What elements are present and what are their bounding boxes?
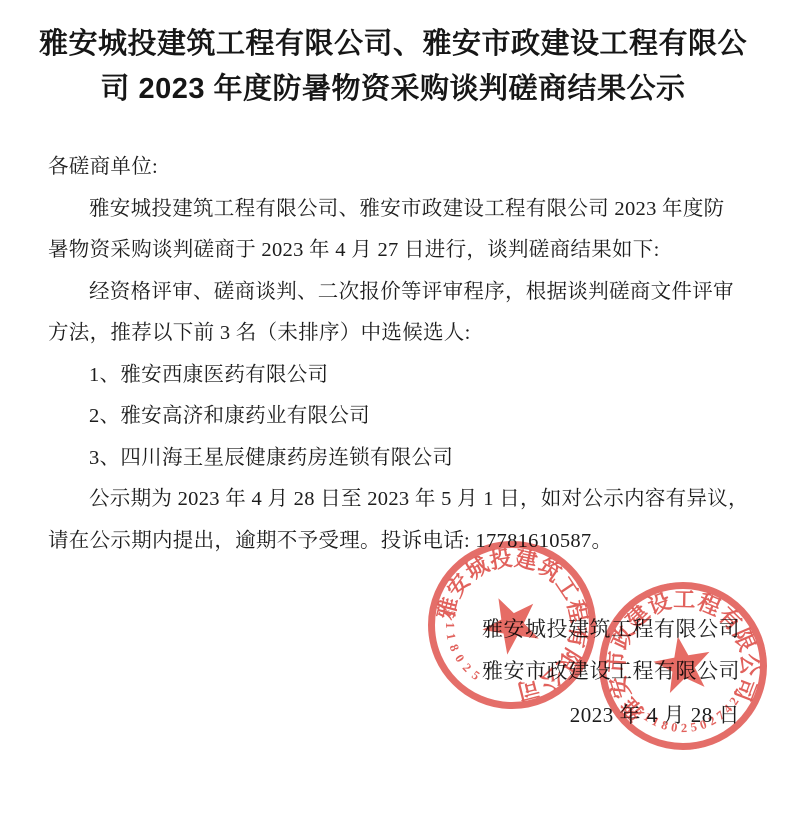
body-line: 方法，推荐以下前 3 名（未排序）中选候选人: — [48, 313, 746, 355]
candidate-item-2: 2、雅安高济和康药业有限公司 — [48, 396, 746, 438]
body-line: 经资格评审、磋商谈判、二次报价等评审程序，根据谈判磋商文件评审 — [48, 272, 746, 314]
candidate-item-1: 1、雅安西康医药有限公司 — [48, 355, 746, 397]
signature-block: 雅安城投建筑工程有限公司 雅安市政建设工程有限公司 2023 年 4 月 28 … — [0, 609, 740, 737]
page-title: 雅安城投建筑工程有限公司、雅安市政建设工程有限公 司 2023 年度防暑物资采购… — [38, 22, 748, 112]
complaint-phone-line: 请在公示期内提出，逾期不予受理。投诉电话: 17781610587。 — [48, 521, 746, 563]
title-line-2: 司 2023 年度防暑物资采购谈判磋商结果公示 — [38, 67, 748, 112]
notice-period-line: 公示期为 2023 年 4 月 28 日至 2023 年 5 月 1 日，如对公… — [48, 479, 746, 521]
document-body: 各磋商单位: 雅安城投建筑工程有限公司、雅安市政建设工程有限公司 2023 年度… — [48, 147, 746, 562]
document-page: 雅安城投建筑工程有限公司、雅安市政建设工程有限公 司 2023 年度防暑物资采购… — [0, 0, 786, 821]
salutation-line: 各磋商单位: — [48, 147, 746, 189]
signature-company-2: 雅安市政建设工程有限公司 — [0, 651, 740, 693]
body-line: 暑物资采购谈判磋商于 2023 年 4 月 27 日进行，谈判磋商结果如下: — [48, 230, 746, 272]
body-line: 雅安城投建筑工程有限公司、雅安市政建设工程有限公司 2023 年度防 — [48, 189, 746, 231]
signature-company-1: 雅安城投建筑工程有限公司 — [0, 609, 740, 651]
signature-date: 2023 年 4 月 28 日 — [0, 692, 740, 737]
candidate-item-3: 3、四川海王星辰健康药房连锁有限公司 — [48, 438, 746, 480]
title-line-1: 雅安城投建筑工程有限公司、雅安市政建设工程有限公 — [38, 22, 748, 67]
